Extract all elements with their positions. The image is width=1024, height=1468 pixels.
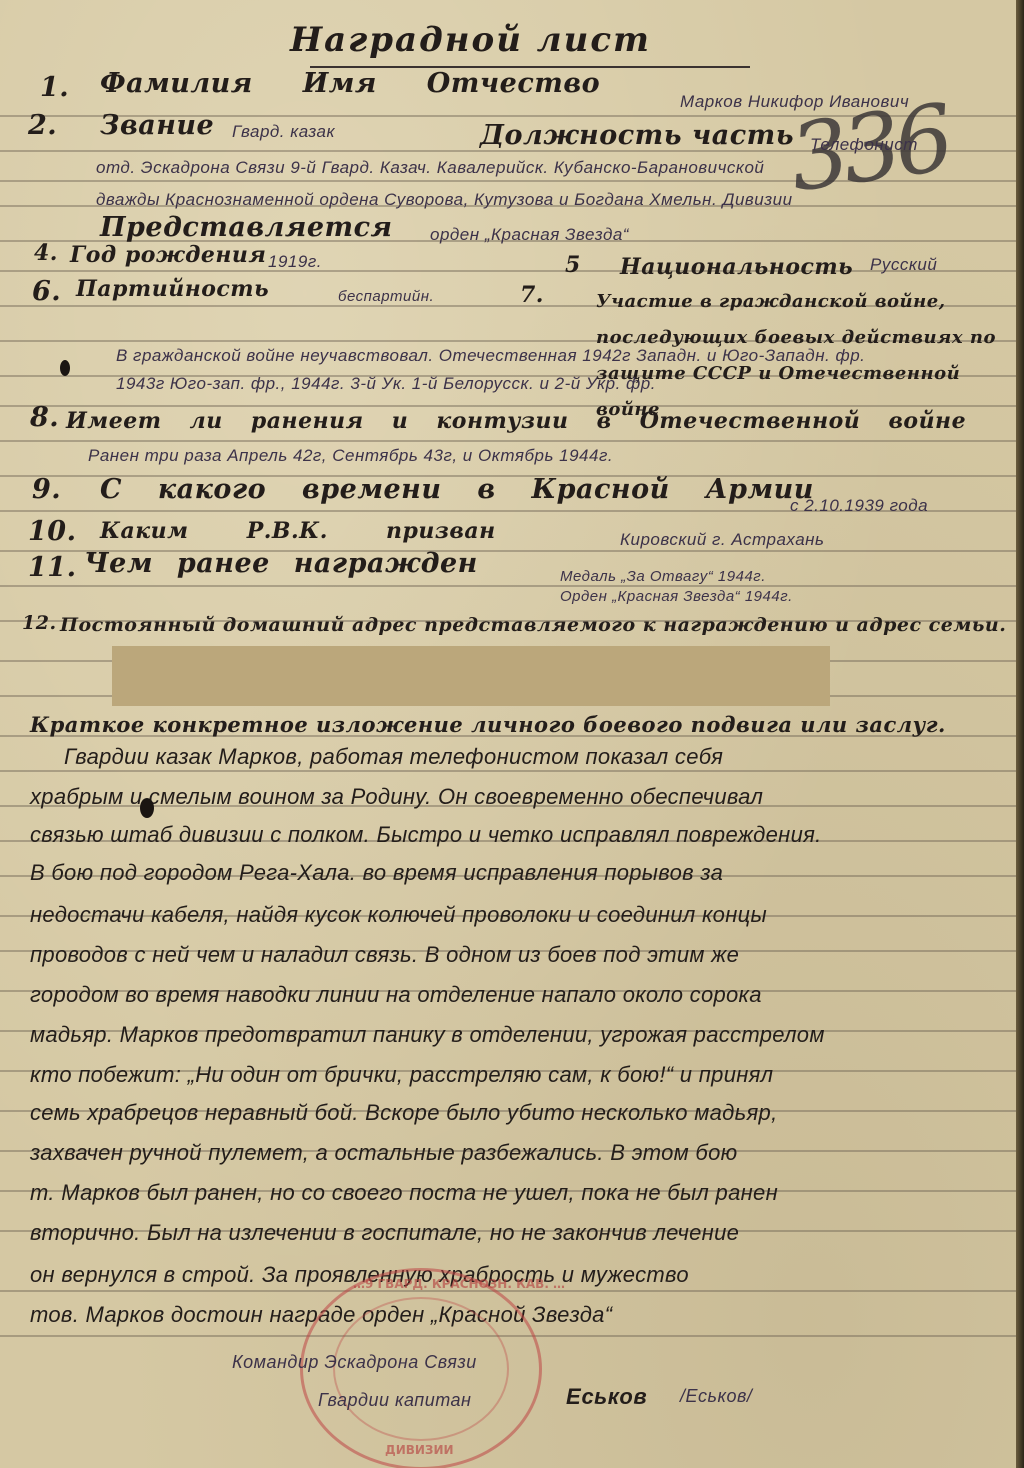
- unit-line-1: отд. Эскадрона Связи 9-й Гвард. Казач. К…: [96, 158, 764, 178]
- document-title: Наградной лист: [290, 20, 651, 60]
- field-3-value: Телефонист: [810, 135, 918, 155]
- field-2-value: Гвард. казак: [232, 122, 335, 142]
- field-9-number: 9.: [32, 474, 61, 505]
- narrative-line: проводов с ней чем и наладил связь. В од…: [30, 942, 739, 968]
- field-12-label: Постоянный домашний адрес представляемог…: [60, 614, 1006, 636]
- field-6-label: Партийность: [76, 276, 269, 302]
- field-7-value-line-1: В гражданской войне неучавствовал. Отече…: [116, 346, 865, 366]
- field-4-value: 1919г.: [268, 252, 322, 272]
- field-12-number: 12.: [22, 612, 57, 634]
- narrative-line: мадьяр. Марков предотвратил панику в отд…: [30, 1022, 825, 1048]
- ruled-line: [0, 270, 1016, 272]
- field-6-number: 6.: [32, 276, 61, 307]
- field-10-value: Кировский г. Астрахань: [620, 530, 824, 550]
- field-11-number: 11.: [28, 552, 76, 583]
- ruled-line: [0, 440, 1016, 442]
- ink-blot: [60, 360, 70, 376]
- field-10-number: 10.: [28, 516, 76, 547]
- page-edge: [1016, 0, 1024, 1468]
- field-8-number: 8.: [30, 402, 59, 433]
- narrative-line: связью штаб дивизии с полком. Быстро и ч…: [30, 822, 822, 848]
- narrative-line: недостачи кабеля, найдя кусок колючей пр…: [30, 902, 767, 928]
- narrative-line: кто побежит: „Ни один от брички, расстре…: [30, 1062, 773, 1088]
- signature-name: /Еськов/: [680, 1386, 752, 1407]
- field-8-label: Имеет ли ранения и контузии в Отечествен…: [66, 408, 966, 434]
- field-11-value-line-2: Орден „Красная Звезда“ 1944г.: [560, 588, 793, 605]
- recommended-award: орден „Красная Звезда“: [430, 225, 629, 245]
- field-11-value-line-1: Медаль „За Отвагу“ 1944г.: [560, 568, 766, 585]
- narrative-line: вторично. Был на излечении в госпитале, …: [30, 1220, 739, 1246]
- field-10-label: Каким Р.В.К. призван: [100, 518, 496, 544]
- field-5-number: 5: [565, 252, 581, 278]
- narrative-line: городом во время наводки линии на отделе…: [30, 982, 762, 1008]
- unit-line-2: дважды Краснознаменной ордена Суворова, …: [96, 190, 793, 210]
- field-7-number: 7.: [520, 282, 544, 308]
- field-1-label: Фамилия Имя Отчество: [100, 68, 600, 99]
- stamp-text-bottom: ДИВИЗИИ: [385, 1443, 454, 1457]
- signature-mark: Еськов: [566, 1384, 647, 1410]
- field-2-label: Звание: [100, 110, 214, 141]
- ink-blot: [140, 798, 154, 818]
- signature-title: Командир Эскадрона Связи: [232, 1352, 477, 1373]
- ruled-line: [0, 770, 1016, 772]
- narrative-line: семь храбрецов неравный бой. Вскоре было…: [30, 1100, 778, 1126]
- ruled-line: [0, 585, 1016, 587]
- narrative-heading: Краткое конкретное изложение личного бое…: [30, 712, 946, 737]
- narrative-line: В бою под городом Рега-Хала. во время ис…: [30, 860, 723, 886]
- field-11-label: Чем ранее награжден: [84, 548, 478, 579]
- field-1-value: Марков Никифор Иванович: [680, 92, 909, 112]
- field-2-number: 2.: [28, 110, 57, 141]
- field-5-label: Национальность: [620, 254, 853, 280]
- narrative-line: захвачен ручной пулемет, а остальные раз…: [30, 1140, 737, 1166]
- field-4-number: 4.: [34, 240, 58, 266]
- recommended-label: Представляется: [100, 212, 393, 243]
- stamp-text-top: …9 ГВАРД. КРАСНОЗН. КАВ. …: [353, 1277, 565, 1291]
- field-9-value: с 2.10.1939 года: [790, 496, 928, 516]
- field-9-label: С какого времени в Красной Армии: [100, 474, 814, 505]
- field-8-value: Ранен три раза Апрель 42г, Сентябрь 43г,…: [88, 446, 613, 466]
- field-1-number: 1.: [40, 72, 69, 103]
- field-3-label: Должность часть: [480, 120, 794, 151]
- redacted-address: [112, 646, 830, 706]
- field-5-value: Русский: [870, 255, 937, 275]
- signature-rank: Гвардии капитан: [318, 1390, 471, 1411]
- narrative-line: Гвардии казак Марков, работая телефонист…: [64, 744, 723, 770]
- field-4-label: Год рождения: [70, 242, 266, 268]
- narrative-line: т. Марков был ранен, но со своего поста …: [30, 1180, 778, 1206]
- field-6-value: беспартийн.: [338, 288, 434, 305]
- field-7-value-line-2: 1943г Юго-зап. фр., 1944г. 3-й Ук. 1-й Б…: [116, 374, 656, 394]
